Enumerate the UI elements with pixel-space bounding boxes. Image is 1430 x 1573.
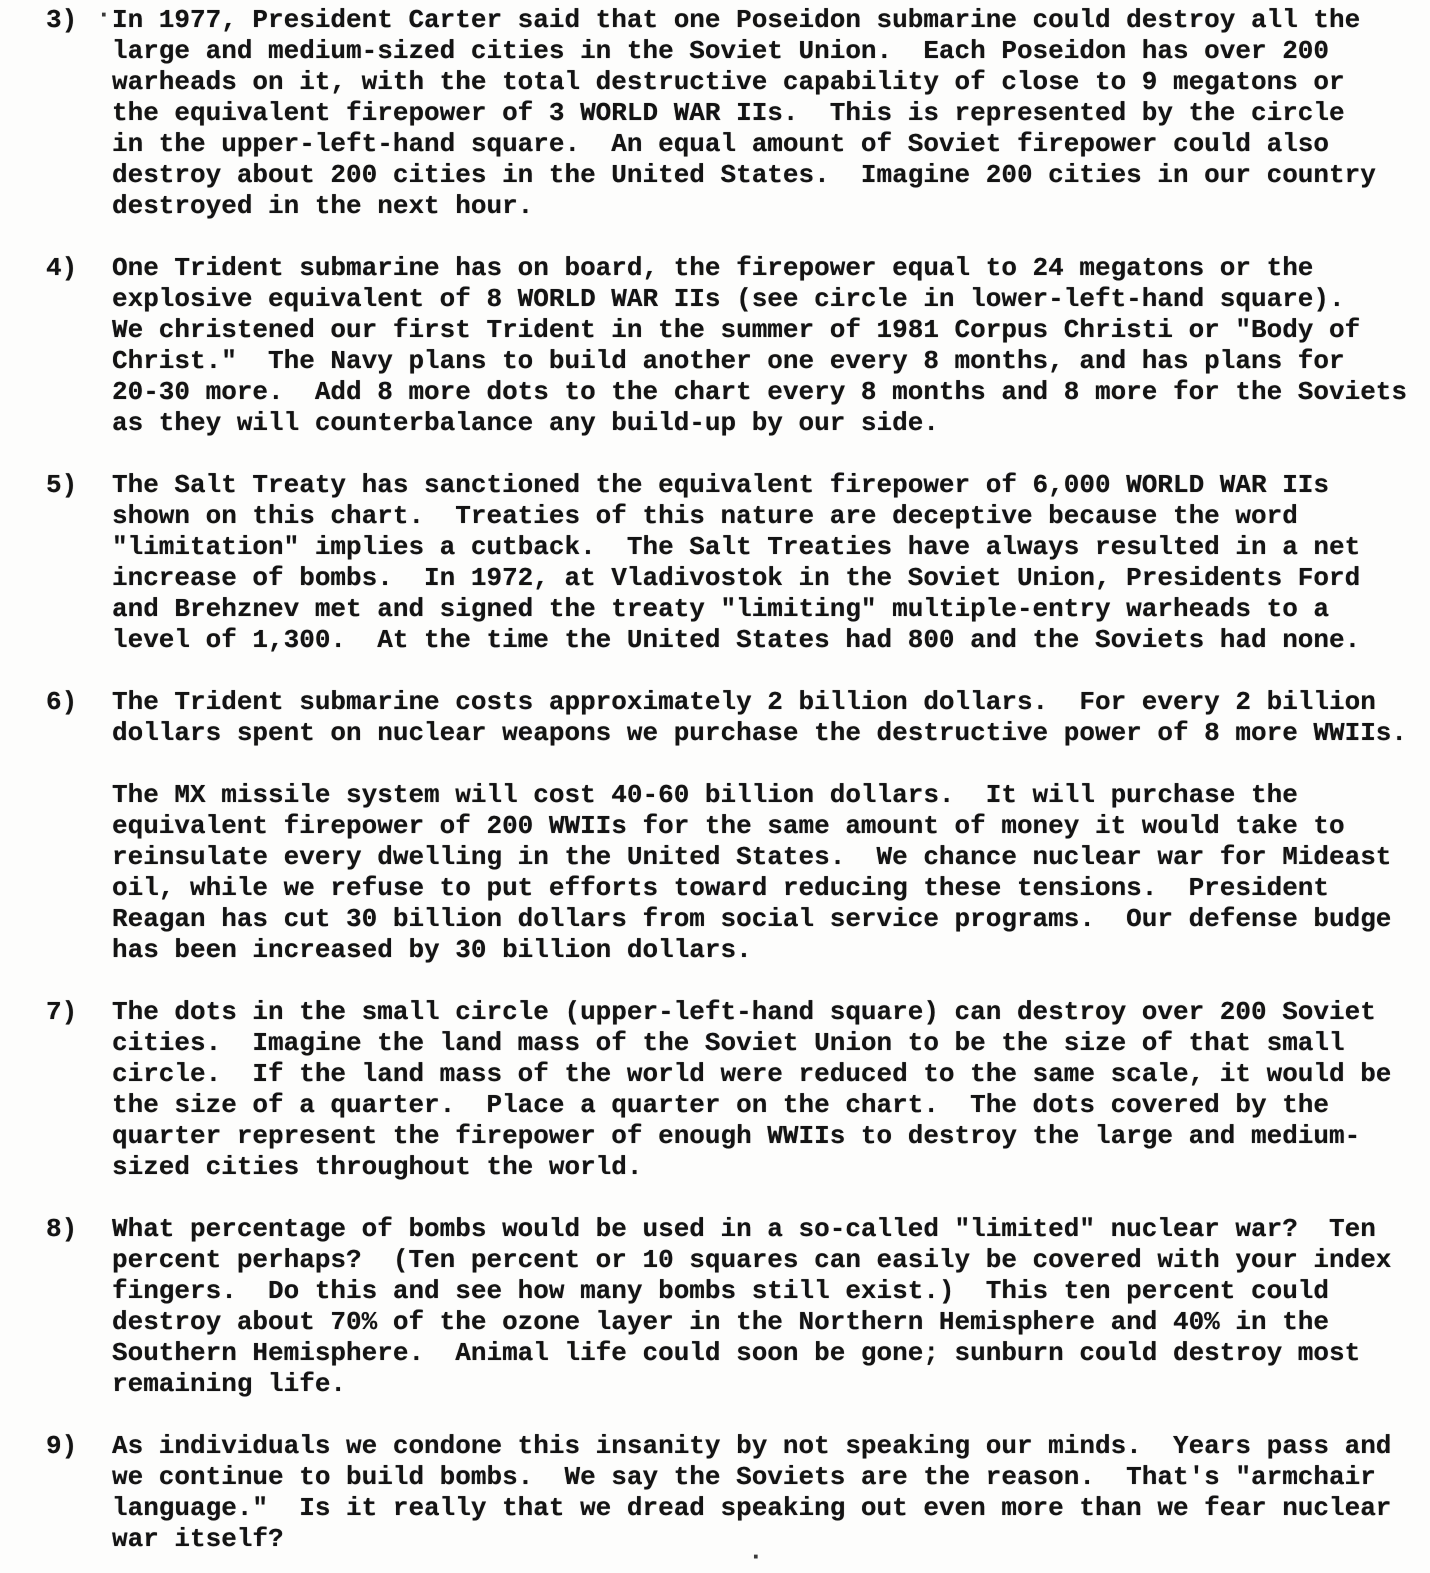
item-number: 9) — [46, 1431, 112, 1462]
item-text: One Trident submarine has on board, the … — [112, 253, 1407, 439]
item-number: 4) — [46, 253, 112, 284]
item-text: The Salt Treaty has sanctioned the equiv… — [112, 470, 1360, 656]
document-page: · · 3) In 1977, President Carter said th… — [0, 0, 1430, 1573]
list-item-5: 5) The Salt Treaty has sanctioned the eq… — [46, 470, 1430, 656]
scan-artifact-dot: · — [748, 1544, 764, 1570]
list-item-4: 4) One Trident submarine has on board, t… — [46, 253, 1430, 439]
item-number: 8) — [46, 1214, 112, 1245]
list-item-3: 3) In 1977, President Carter said that o… — [46, 5, 1430, 222]
item-text: The dots in the small circle (upper-left… — [112, 997, 1391, 1183]
list-item-8: 8) What percentage of bombs would be use… — [46, 1214, 1430, 1400]
list-item-9: 9) As individuals we condone this insani… — [46, 1431, 1430, 1555]
item-text: As individuals we condone this insanity … — [112, 1431, 1391, 1555]
list-item-7: 7) The dots in the small circle (upper-l… — [46, 997, 1430, 1183]
item-number: 7) — [46, 997, 112, 1028]
list-item-6: 6) The Trident submarine costs approxima… — [46, 687, 1430, 966]
item-number: 6) — [46, 687, 112, 718]
item-text: In 1977, President Carter said that one … — [112, 5, 1376, 222]
item-text: What percentage of bombs would be used i… — [112, 1214, 1391, 1400]
item-text: The Trident submarine costs approximatel… — [112, 687, 1407, 966]
scan-artifact-dot: · — [96, 2, 112, 28]
item-number: 5) — [46, 470, 112, 501]
